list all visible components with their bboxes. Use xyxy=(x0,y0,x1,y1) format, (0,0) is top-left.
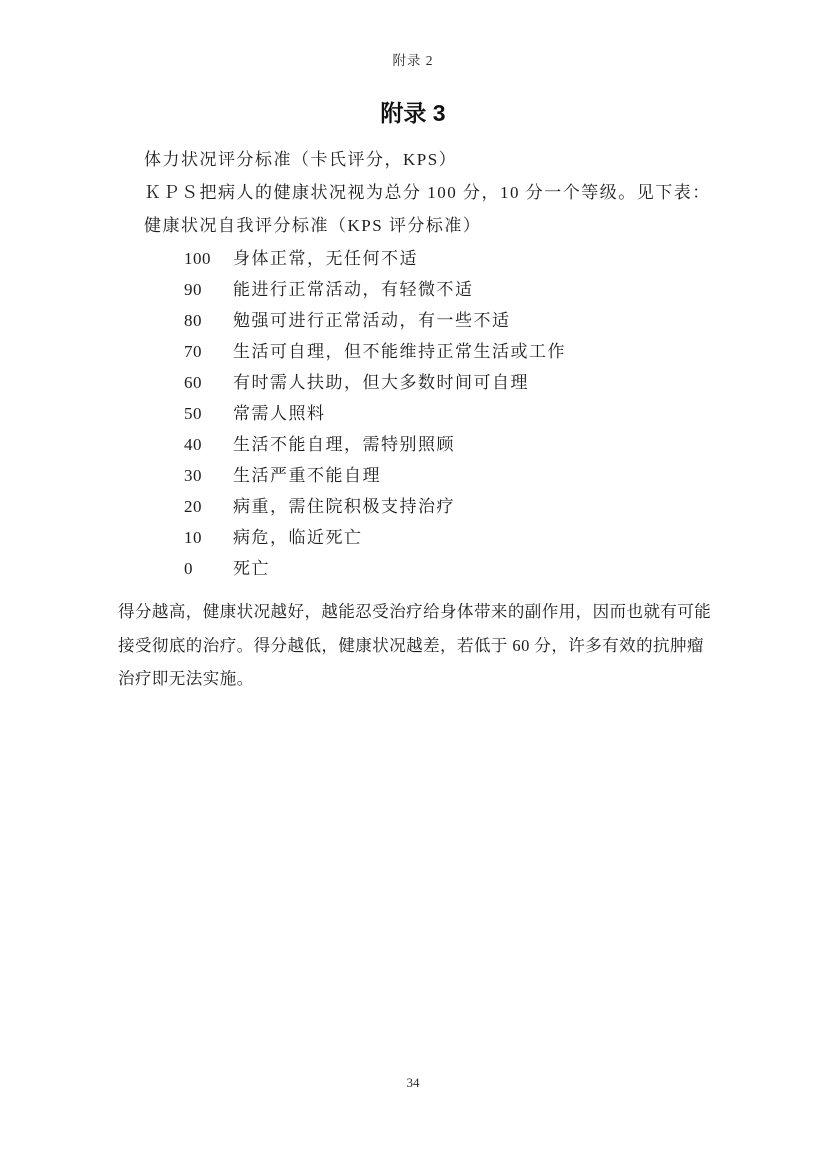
kps-row: 80勉强可进行正常活动，有一些不适 xyxy=(184,305,566,336)
kps-row: 10病危，临近死亡 xyxy=(184,522,566,553)
document-page: 附录 2 附录 3 体力状况评分标准（卡氏评分，KPS） ＫＰＳ把病人的健康状况… xyxy=(0,0,826,1169)
closing-line: 接受彻底的治疗。得分越低，健康状况越差，若低于 60 分，许多有效的抗肿瘤 xyxy=(118,629,718,663)
kps-row: 30生活严重不能自理 xyxy=(184,460,566,491)
intro-line-standard-name: 体力状况评分标准（卡氏评分，KPS） xyxy=(144,151,457,168)
intro-line-self-rating: 健康状况自我评分标准（KPS 评分标准） xyxy=(144,217,481,234)
kps-row: 0死亡 xyxy=(184,553,566,584)
kps-description: 能进行正常活动，有轻微不适 xyxy=(233,280,474,299)
kps-score: 80 xyxy=(184,305,233,336)
kps-score: 70 xyxy=(184,336,233,367)
kps-description: 生活不能自理，需特别照顾 xyxy=(233,435,455,454)
kps-description: 身体正常，无任何不适 xyxy=(233,249,418,268)
kps-score: 90 xyxy=(184,274,233,305)
kps-description: 病危，临近死亡 xyxy=(233,528,363,547)
closing-paragraph: 得分越高，健康状况越好，越能忍受治疗给身体带来的副作用，因而也就有可能 接受彻底… xyxy=(118,595,718,696)
kps-description: 常需人照料 xyxy=(233,404,326,423)
kps-score: 60 xyxy=(184,367,233,398)
kps-score-list: 100身体正常，无任何不适 90能进行正常活动，有轻微不适 80勉强可进行正常活… xyxy=(184,243,566,584)
kps-row: 100身体正常，无任何不适 xyxy=(184,243,566,274)
intro-line-kps-explanation: ＫＰＳ把病人的健康状况视为总分 100 分，10 分一个等级。见下表： xyxy=(144,184,711,201)
kps-score: 0 xyxy=(184,553,233,584)
running-header: 附录 2 xyxy=(0,54,826,68)
kps-description: 有时需人扶助，但大多数时间可自理 xyxy=(233,373,529,392)
kps-row: 70生活可自理，但不能维持正常生活或工作 xyxy=(184,336,566,367)
kps-row: 60有时需人扶助，但大多数时间可自理 xyxy=(184,367,566,398)
closing-line: 得分越高，健康状况越好，越能忍受治疗给身体带来的副作用，因而也就有可能 xyxy=(118,595,718,629)
kps-score: 100 xyxy=(184,243,233,274)
kps-score: 10 xyxy=(184,522,233,553)
kps-score: 30 xyxy=(184,460,233,491)
kps-score: 50 xyxy=(184,398,233,429)
closing-line: 治疗即无法实施。 xyxy=(118,662,718,696)
kps-description: 生活可自理，但不能维持正常生活或工作 xyxy=(233,342,566,361)
kps-description: 勉强可进行正常活动，有一些不适 xyxy=(233,311,511,330)
kps-description: 死亡 xyxy=(233,559,270,578)
kps-score: 40 xyxy=(184,429,233,460)
kps-score: 20 xyxy=(184,491,233,522)
kps-description: 生活严重不能自理 xyxy=(233,466,381,485)
page-title: 附录 3 xyxy=(0,100,826,128)
page-number: 34 xyxy=(0,1076,826,1089)
kps-row: 40生活不能自理，需特别照顾 xyxy=(184,429,566,460)
kps-description: 病重，需住院积极支持治疗 xyxy=(233,497,455,516)
kps-row: 90能进行正常活动，有轻微不适 xyxy=(184,274,566,305)
kps-row: 20病重，需住院积极支持治疗 xyxy=(184,491,566,522)
kps-row: 50常需人照料 xyxy=(184,398,566,429)
